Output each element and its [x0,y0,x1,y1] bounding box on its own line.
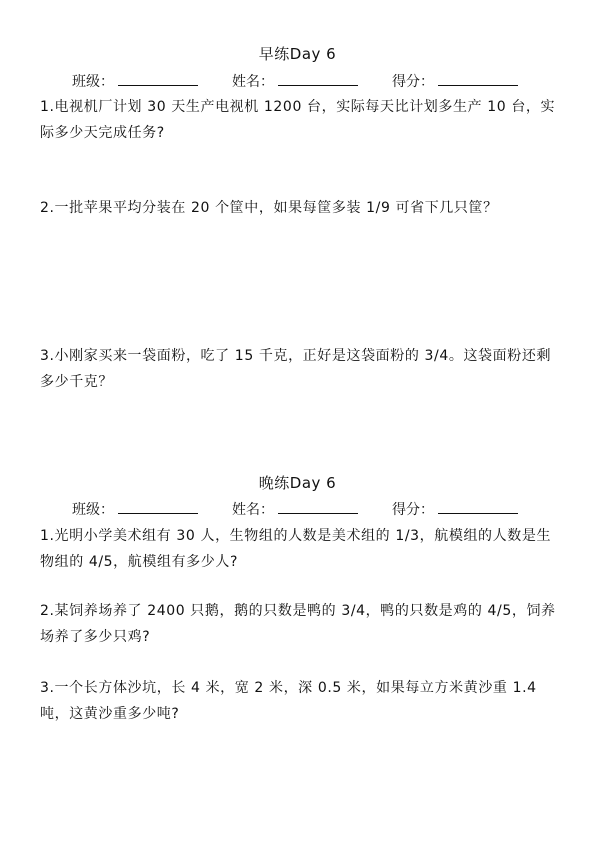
evening-name-field: 姓名： [232,499,358,520]
evening-score-field: 得分： [392,499,518,520]
name-label: 姓名： [232,500,274,520]
morning-title: 早练Day 6 [0,44,595,64]
class-blank[interactable] [118,71,198,86]
score-label: 得分： [392,500,434,520]
score-label: 得分： [392,72,434,92]
class-label: 班级： [72,500,114,520]
morning-class-field: 班级： [72,71,198,92]
morning-question-2: 2.一批苹果平均分装在 20 个筐中，如果每筐多装 1/9 可省下几只筐？ [40,195,560,221]
evening-question-3: 3.一个长方体沙坑，长 4 米，宽 2 米，深 0.5 米，如果每立方米黄沙重 … [40,675,560,727]
class-blank[interactable] [118,499,198,514]
worksheet-page: 早练Day 6 班级： 姓名： 得分： 1.电视机厂计划 30 天生产电视机 1… [0,0,595,842]
morning-name-field: 姓名： [232,71,358,92]
evening-info-row: 班级： 姓名： 得分： [0,499,595,519]
morning-question-1: 1.电视机厂计划 30 天生产电视机 1200 台，实际每天比计划多生产 10 … [40,94,560,146]
name-label: 姓名： [232,72,274,92]
name-blank[interactable] [278,499,358,514]
name-blank[interactable] [278,71,358,86]
evening-question-1: 1.光明小学美术组有 30 人，生物组的人数是美术组的 1/3，航模组的人数是生… [40,523,560,575]
evening-class-field: 班级： [72,499,198,520]
class-label: 班级： [72,72,114,92]
score-blank[interactable] [438,499,518,514]
evening-title: 晚练Day 6 [0,473,595,493]
score-blank[interactable] [438,71,518,86]
evening-question-2: 2.某饲养场养了 2400 只鹅，鹅的只数是鸭的 3/4，鸭的只数是鸡的 4/5… [40,598,560,650]
morning-info-row: 班级： 姓名： 得分： [0,71,595,91]
morning-score-field: 得分： [392,71,518,92]
morning-question-3: 3.小刚家买来一袋面粉，吃了 15 千克，正好是这袋面粉的 3/4。这袋面粉还剩… [40,343,560,395]
